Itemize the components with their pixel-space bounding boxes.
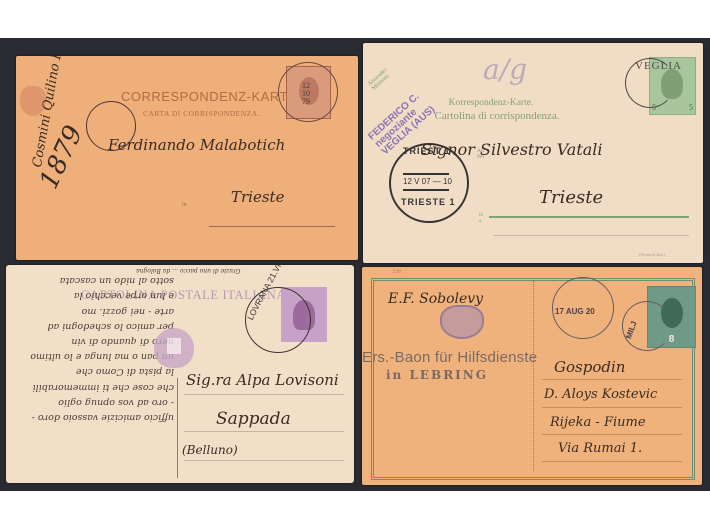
address-line [184, 460, 344, 461]
address-rule [542, 379, 682, 380]
address-rule [542, 434, 682, 435]
card-divider [177, 378, 178, 478]
address-line-green [489, 216, 689, 218]
address-line-1: Gospodin [554, 358, 625, 376]
pencil-note: a/g [483, 53, 527, 86]
in-label: in a [479, 213, 483, 225]
address-line-dotted [493, 235, 689, 236]
postmark-date: 17 AUG 20 [555, 307, 595, 316]
message-line: e lun orpe vecchio la [14, 288, 174, 303]
address-name: Signor Silvestro Vatali [421, 140, 603, 159]
postmark-ring-bottom: TRIESTE 1 [401, 197, 456, 207]
message-line: nero di quando di vin [14, 334, 174, 349]
address-city: Trieste [539, 187, 603, 208]
address-rule [542, 461, 682, 462]
cross-icon [167, 338, 181, 354]
in-label: in [182, 202, 187, 208]
address-line [209, 226, 335, 227]
address-city: Trieste [231, 188, 284, 206]
card-title: Korrespondenz-Karte. [406, 98, 576, 108]
message-line: sotto al nido un cascata [14, 273, 174, 288]
message-line: per amico lo schedogni ad [14, 319, 174, 334]
pencil-note: 230 [392, 269, 401, 275]
address-rule [542, 407, 682, 408]
stamp-value-right: 5 [689, 103, 693, 112]
postmark-veglia-text: VEGLIA [635, 60, 682, 72]
sender-label: Absender: Mittente: [367, 66, 393, 91]
cachet-line-1: Ers.-Baon für Hilfsdienste [362, 349, 537, 366]
message-line: che cose che ti immemorabili [14, 379, 174, 394]
address-line-2: D. Aloys Kostevic [544, 387, 657, 402]
address-line [184, 431, 344, 432]
address-city: Sappada [216, 409, 291, 429]
message-text: ufficio amicizie vassoio doro -- oro ad … [14, 273, 174, 425]
address-name: Sig.ra Alpa Lovisoni [186, 371, 339, 389]
message-line: la pista di Como che [14, 364, 174, 379]
printer-mark: (Deutsch-Ital.) [639, 252, 665, 257]
message-line: un pan o ma lunga e lo ultimo [14, 349, 174, 364]
savoy-arms-icon [154, 328, 194, 368]
address-name: Ferdinando Malabotich [108, 136, 285, 154]
card-subtitle: CARTA DI CORRISPONDENZA. [143, 109, 260, 118]
address-province: (Belluno) [182, 443, 238, 457]
postcard-korrespondenz-karte-green: a/g Absender: Mittente: FEDERICO C. nego… [363, 43, 703, 263]
address-line [184, 394, 344, 395]
cachet-line-2: in LEBRING [386, 368, 488, 382]
postmark-date: 12 10 79 [299, 82, 313, 106]
address-line-4: Via Rumai 1. [558, 441, 642, 456]
message-line: ufficio amicizie vassoio doro - [14, 410, 174, 425]
card-divider [533, 281, 535, 471]
address-line-3: Rijeka - Fiume [550, 415, 646, 430]
postcard-cartolina-postale-italiana: CARTOLINA POSTALE ITALIANA Grazie di uno… [6, 265, 354, 483]
card-subtitle: Cartolina di corrispondenza. [387, 110, 607, 122]
crest-cachet-icon [440, 305, 484, 339]
postcard-korrespondenzkarte-1920: 230 E.F. Sobolevy Ers.-Baon für Hilfsdie… [362, 267, 702, 485]
card-title: CORRESPONDENZ-KARTE. [121, 89, 301, 104]
message-line: arte - nei gozzi. mo [14, 303, 174, 318]
message-line: - oro ad vos opnug oglio [14, 395, 174, 410]
postmark-date: 12 V 07 — 10 [403, 173, 449, 191]
postcard-correspondenz-karte: CORRESPONDENZ-KARTE. CARTA DI CORRISPOND… [16, 56, 358, 260]
